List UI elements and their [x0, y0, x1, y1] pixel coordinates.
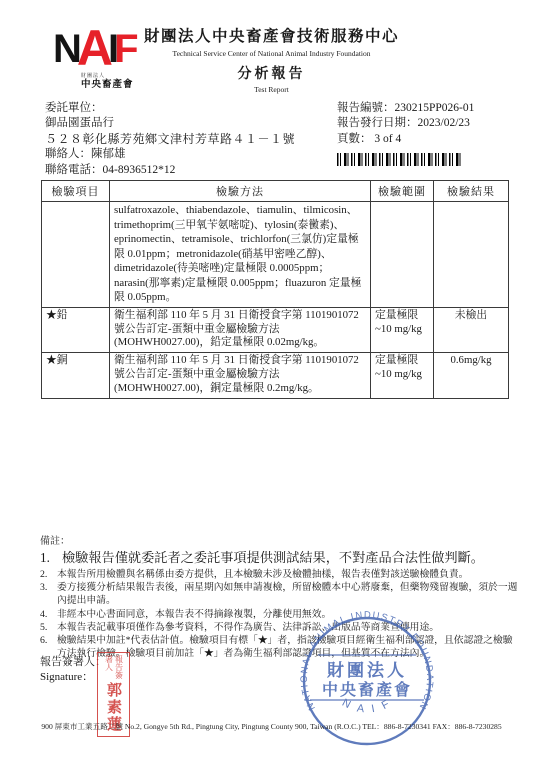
- table-row: sulfatroxazole、thiabendazole、tiamulin、ti…: [42, 202, 509, 308]
- note-text: 委方接獲分析結果報告表後，兩星期內如無申請複檢，所留檢體本中心將廢棄，但藥物殘留…: [57, 581, 518, 607]
- cell-method: sulfatroxazole、thiabendazole、tiamulin、ti…: [110, 202, 371, 308]
- client-label: 委託單位：: [45, 101, 295, 116]
- cell-result: [434, 202, 509, 308]
- test-report-page: NAIF 財團法人 中央畜產會 財團法人中央畜產會技術服務中心 Technica…: [0, 0, 543, 767]
- note-item: 3. 委方接獲分析結果報告表後，兩星期內如無申請複檢，所留檢體本中心將廢棄，但藥…: [40, 581, 518, 607]
- report-pages: 頁數： 3 of 4: [337, 132, 474, 147]
- table-header-row: 檢驗項目 檢驗方法 檢驗範圍 檢驗結果: [42, 181, 509, 202]
- note-item: 2. 本報告所用檢體與名稱係由委方提供，且本檢驗未涉及檢體抽樣，報告表僅對該送驗…: [40, 568, 518, 581]
- report-number: 報告編號：230215PP026-01: [337, 101, 474, 116]
- footer-address: 900 屏東市工業五路二號 No.2, Gongye 5th Rd., Ping…: [0, 721, 543, 732]
- col-header-result: 檢驗結果: [434, 181, 509, 202]
- cell-item: [42, 202, 110, 308]
- note-item: 1. 檢驗報告僅就委託者之委託事項提供測試結果，不對產品合法性做判斷。: [40, 549, 518, 566]
- cell-range: 定量極限 ~10 mg/kg: [371, 307, 434, 352]
- org-title-en: Technical Service Center of National Ani…: [0, 49, 543, 58]
- note-item: 4. 非經本中心書面同意，本報告表不得摘錄複製，分離使用無效。: [40, 608, 518, 621]
- report-issue-date: 報告發行日期：2023/02/23: [337, 116, 474, 131]
- barcode: [337, 153, 461, 166]
- note-number: 4.: [40, 608, 57, 621]
- note-text: 非經本中心書面同意，本報告表不得摘錄複製，分離使用無效。: [57, 608, 331, 621]
- note-number: 3.: [40, 581, 57, 607]
- notes-heading: 備註：: [40, 532, 518, 547]
- notes-section: 備註： 1. 檢驗報告僅就委託者之委託事項提供測試結果，不對產品合法性做判斷。 …: [40, 532, 518, 660]
- note-number: 5.: [40, 621, 57, 634]
- cell-method: 衛生福利部 110 年 5 月 31 日衛授食字第 1101901072 號公告…: [110, 353, 371, 398]
- client-phone: 聯絡電話：04-8936512*12: [45, 163, 295, 178]
- cell-item: ★鉛: [42, 307, 110, 352]
- note-text: 檢驗報告僅就委託者之委託事項提供測試結果，不對產品合法性做判斷。: [62, 549, 484, 566]
- client-name: 御品園蛋品行: [45, 116, 295, 131]
- client-contact: 聯絡人：陳郁雄: [45, 147, 295, 162]
- note-number: 1.: [40, 549, 62, 566]
- table-row: ★銅 衛生福利部 110 年 5 月 31 日衛授食字第 1101901072 …: [42, 353, 509, 398]
- col-header-range: 檢驗範圍: [371, 181, 434, 202]
- cell-result: 0.6mg/kg: [434, 353, 509, 398]
- note-number: 2.: [40, 568, 57, 581]
- report-title-en: Test Report: [0, 85, 543, 94]
- client-info: 委託單位： 御品園蛋品行 ５２８彰化縣芳苑鄉文津村芳草路４１－１號 聯絡人：陳郁…: [45, 101, 295, 178]
- cell-range: 定量極限 ~10 mg/kg: [371, 353, 434, 398]
- results-table: 檢驗項目 檢驗方法 檢驗範圍 檢驗結果 sulfatroxazole、thiab…: [41, 180, 509, 399]
- col-header-item: 檢驗項目: [42, 181, 110, 202]
- report-title-zh: 分析報告: [0, 63, 543, 83]
- col-header-method: 檢驗方法: [110, 181, 371, 202]
- cell-result: 未檢出: [434, 307, 509, 352]
- client-address: ５２８彰化縣芳苑鄉文津村芳草路４１－１號: [45, 132, 295, 147]
- table-row: ★鉛 衛生福利部 110 年 5 月 31 日衛授食字第 1101901072 …: [42, 307, 509, 352]
- note-item: 5. 本報告表記載事項僅作為參考資料，不得作為廣告、法律訴訟、出版品等商業宣傳用…: [40, 621, 518, 634]
- report-meta: 報告編號：230215PP026-01 報告發行日期：2023/02/23 頁數…: [337, 101, 474, 147]
- header: 財團法人中央畜產會技術服務中心 Technical Service Center…: [0, 24, 543, 94]
- seal-center-line2: 中央畜產會: [322, 680, 412, 699]
- signatory-stamp-title: 報告簽署人: [104, 655, 124, 681]
- cell-item: ★銅: [42, 353, 110, 398]
- seal-center-line1: 財團法人: [327, 660, 407, 680]
- org-title-zh: 財團法人中央畜產會技術服務中心: [0, 24, 543, 46]
- cell-range: [371, 202, 434, 308]
- note-text: 本報告所用檢體與名稱係由委方提供，且本檢驗未涉及檢體抽樣，報告表僅對該送驗檢體負…: [57, 568, 468, 581]
- cell-method: 衛生福利部 110 年 5 月 31 日衛授食字第 1101901072 號公告…: [110, 307, 371, 352]
